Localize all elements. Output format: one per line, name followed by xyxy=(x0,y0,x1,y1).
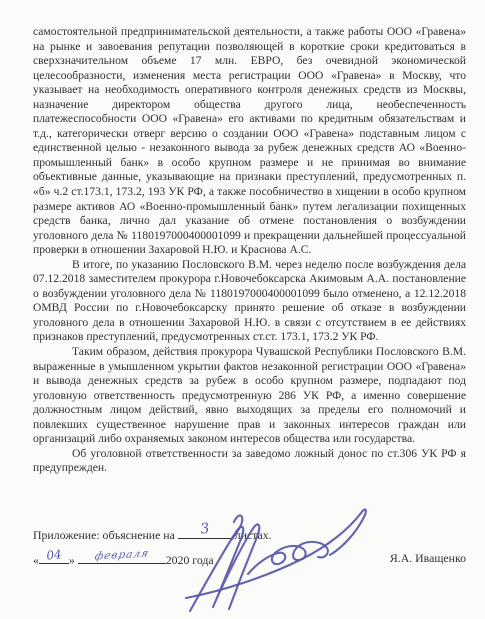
attachment-label: Приложение: объяснение на xyxy=(33,528,175,542)
paragraph-conclusion: Таким образом, действия прокурора Чувашс… xyxy=(33,345,466,447)
paragraph-warning: Об уголовной ответственности за заведомо… xyxy=(33,447,466,476)
month-blank: февраля xyxy=(78,551,166,564)
signatory-name: Я.А. Иващенко xyxy=(390,551,466,566)
attachment-line: Приложение: объяснение на 3 листах. xyxy=(33,526,272,543)
attachment-suffix: листах. xyxy=(235,528,272,542)
paragraph-outcome: В итоге, по указанию Пословского В.М. че… xyxy=(33,258,466,345)
year-text: 2020 года xyxy=(166,553,214,567)
attachment-count-blank: 3 xyxy=(178,526,232,539)
handwritten-day: 04 xyxy=(46,547,63,563)
date-line: «04» февраля2020 года xyxy=(33,551,214,568)
handwritten-month: февраля xyxy=(93,548,150,563)
document-page: самостоятельной предпринимательской деят… xyxy=(0,0,485,619)
quote-close: » xyxy=(69,553,75,567)
paragraph-continuation: самостоятельной предпринимательской деят… xyxy=(33,25,466,258)
document-body: самостоятельной предпринимательской деят… xyxy=(33,25,466,476)
handwritten-sheet-count: 3 xyxy=(199,520,210,537)
day-blank: 04 xyxy=(39,551,69,564)
